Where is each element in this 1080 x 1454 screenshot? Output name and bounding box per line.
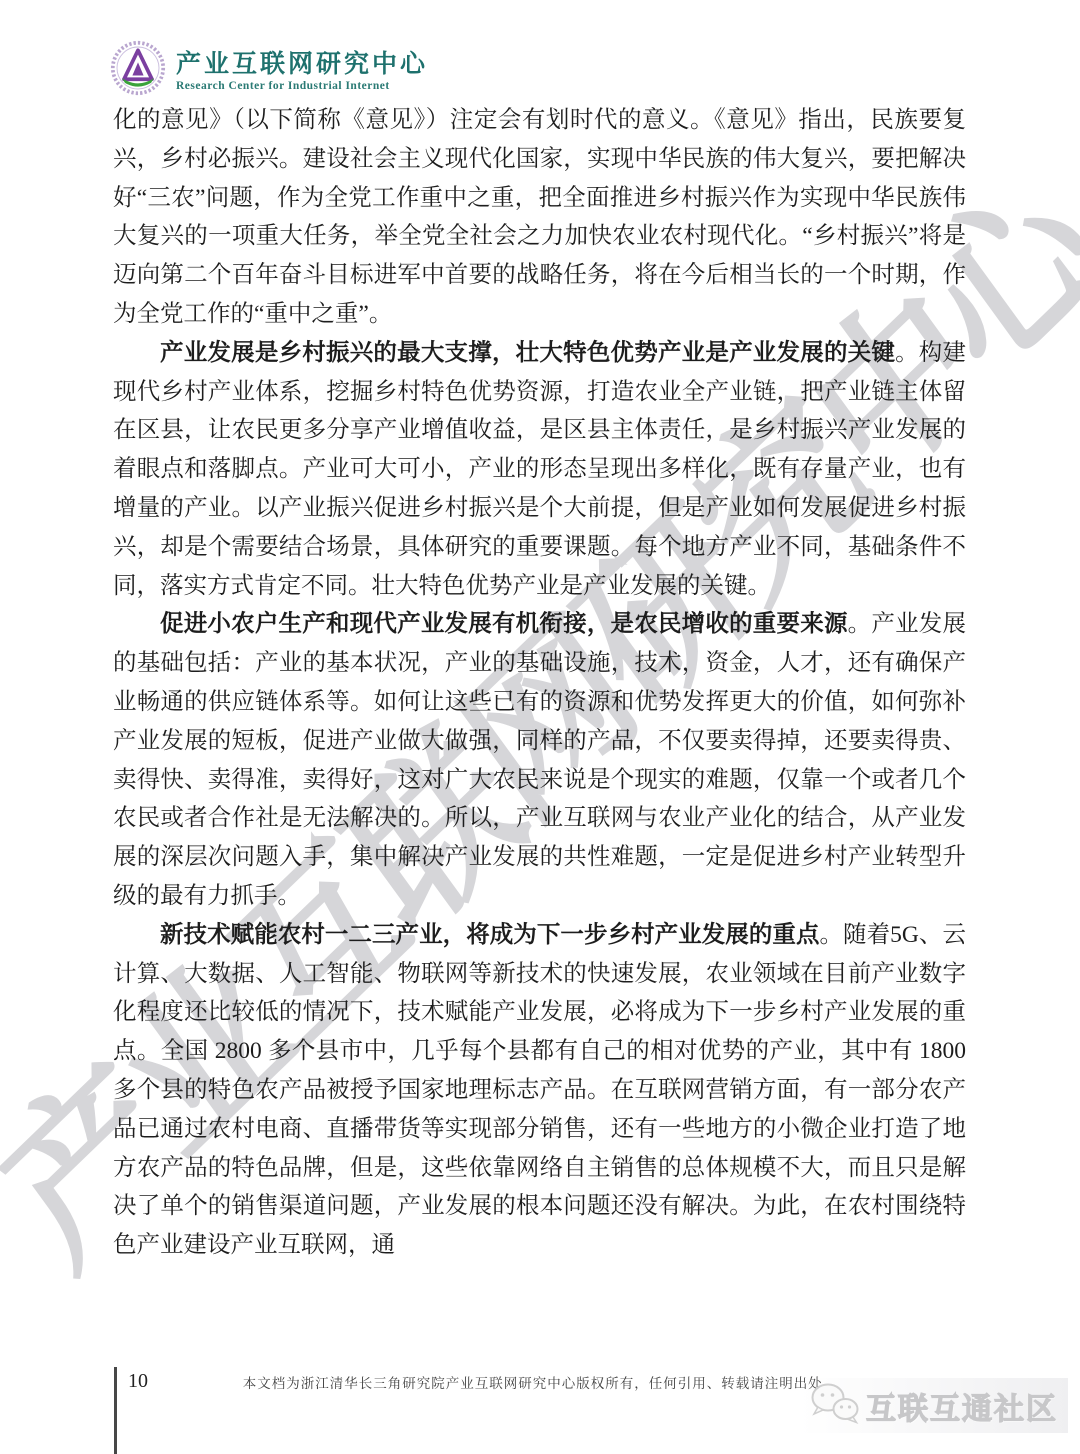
org-emblem-icon xyxy=(110,40,166,101)
org-titles: 产业互联网研究中心 Research Center for Industrial… xyxy=(176,49,428,92)
paragraph-lead-bold: 新技术赋能农村一二三产业，将成为下一步乡村产业发展的重点 xyxy=(160,922,820,948)
paragraph-lead-bold: 产业发展是乡村振兴的最大支撑，壮大特色优势产业是产业发展的关键 xyxy=(160,340,895,366)
community-label: 互联互通社区 xyxy=(866,1384,1058,1428)
org-title-en: Research Center for Industrial Internet xyxy=(176,80,428,92)
community-watermark: 互联互通社区 xyxy=(800,1378,1068,1433)
paragraph: 新技术赋能农村一二三产业，将成为下一步乡村产业发展的重点。随着5G、云计算、大数… xyxy=(113,916,966,1265)
wechat-chat-bubbles-icon xyxy=(810,1382,860,1429)
paragraph: 促进小农户生产和现代产业发展有机衔接，是农民增收的重要来源。产业发展的基础包括：… xyxy=(113,605,966,915)
paragraph: 产业发展是乡村振兴的最大支撑，壮大特色优势产业是产业发展的关键。构建现代乡村产业… xyxy=(113,334,966,606)
paragraph: 化的意见》（以下简称《意见》）注定会有划时代的意义。《意见》指出，民族要复兴，乡… xyxy=(113,101,966,334)
paragraph-lead-bold: 促进小农户生产和现代产业发展有机衔接，是农民增收的重要来源 xyxy=(160,611,848,637)
document-body: 化的意见》（以下简称《意见》）注定会有划时代的意义。《意见》指出，民族要复兴，乡… xyxy=(113,101,966,1265)
document-page: 产业互联网研究中心 产业互联网研究中心 Research Center for … xyxy=(0,0,1080,1454)
org-title-zh: 产业互联网研究中心 xyxy=(176,49,428,79)
org-header: 产业互联网研究中心 Research Center for Industrial… xyxy=(110,40,428,101)
